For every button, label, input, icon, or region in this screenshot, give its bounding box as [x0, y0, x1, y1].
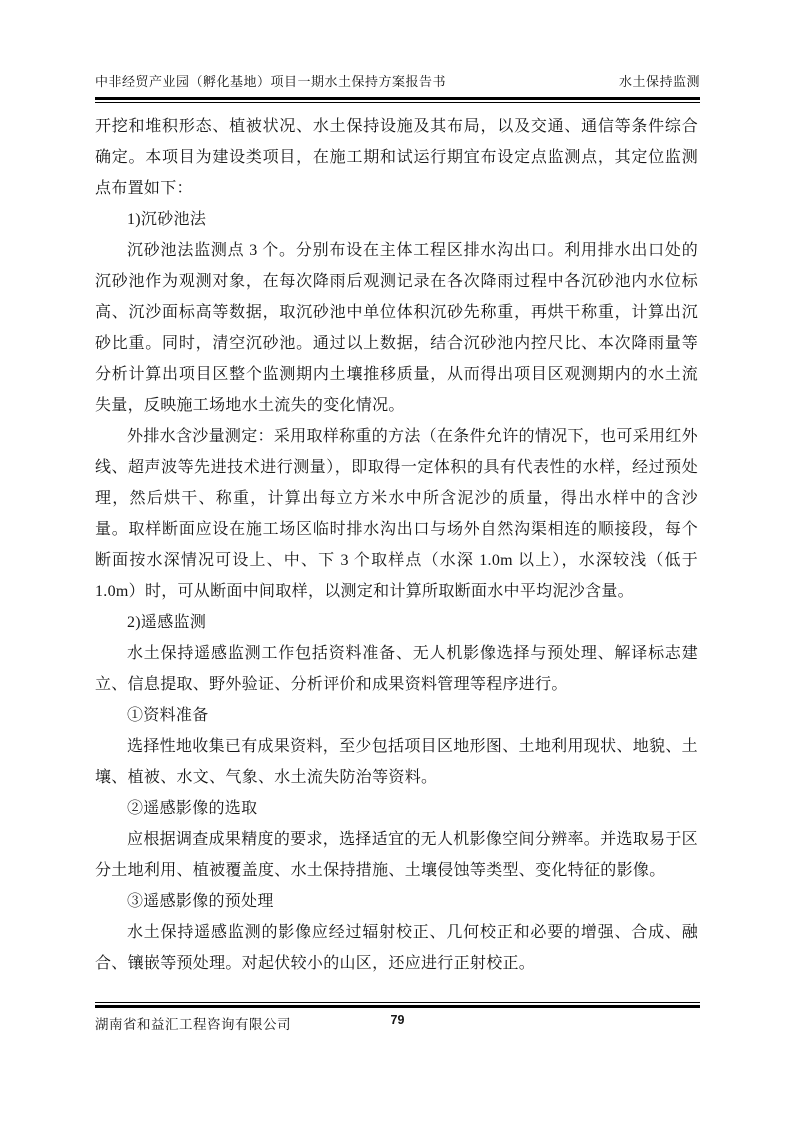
sub-heading-3: ③遥感影像的预处理	[95, 886, 698, 917]
paragraph: 选择性地收集已有成果资料，至少包括项目区地形图、土地利用现状、地貌、土壤、植被、…	[95, 731, 698, 793]
header-rule-thick-line	[95, 97, 700, 100]
header-rule-thin-line	[95, 102, 700, 103]
section-heading-2: 2)遥感监测	[95, 607, 698, 638]
header-row: 中非经贸产业园（孵化基地）项目一期水土保持方案报告书 水土保持监测	[95, 71, 700, 97]
page-footer: 湖南省和益汇工程咨询有限公司 79	[95, 1002, 700, 1033]
paragraph-continuation: 开挖和堆积形态、植被状况、水土保持设施及其布局，以及交通、通信等条件综合确定。本…	[95, 111, 698, 204]
sub-heading-2: ②遥感影像的选取	[95, 793, 698, 824]
header-title-right: 水土保持监测	[619, 71, 700, 90]
paragraph: 外排水含沙量测定：采用取样称重的方法（在条件允许的情况下，也可采用红外线、超声波…	[95, 421, 698, 607]
paragraph: 水土保持遥感监测工作包括资料准备、无人机影像选择与预处理、解译标志建立、信息提取…	[95, 638, 698, 700]
footer-company: 湖南省和益汇工程咨询有限公司	[95, 1017, 291, 1032]
header-title-left: 中非经贸产业园（孵化基地）项目一期水土保持方案报告书	[95, 71, 446, 90]
paragraph: 沉砂池法监测点 3 个。分别布设在主体工程区排水沟出口。利用排水出口处的沉砂池作…	[95, 235, 698, 421]
header-rule	[95, 97, 700, 103]
document-page: 中非经贸产业园（孵化基地）项目一期水土保持方案报告书 水土保持监测 开挖和堆积形…	[0, 0, 793, 1122]
sub-heading-1: ①资料准备	[95, 700, 698, 731]
document-body: 开挖和堆积形态、植被状况、水土保持设施及其布局，以及交通、通信等条件综合确定。本…	[95, 111, 698, 979]
paragraph: 水土保持遥感监测的影像应经过辐射校正、几何校正和必要的增强、合成、融合、镶嵌等预…	[95, 917, 698, 979]
footer-row: 湖南省和益汇工程咨询有限公司 79	[95, 1008, 700, 1033]
paragraph: 应根据调查成果精度的要求，选择适宜的无人机影像空间分辨率。并选取易于区分土地利用…	[95, 824, 698, 886]
section-heading-1: 1)沉砂池法	[95, 204, 698, 235]
footer-rule-thin-line	[95, 1002, 700, 1003]
page-header: 中非经贸产业园（孵化基地）项目一期水土保持方案报告书 水土保持监测	[95, 71, 700, 103]
